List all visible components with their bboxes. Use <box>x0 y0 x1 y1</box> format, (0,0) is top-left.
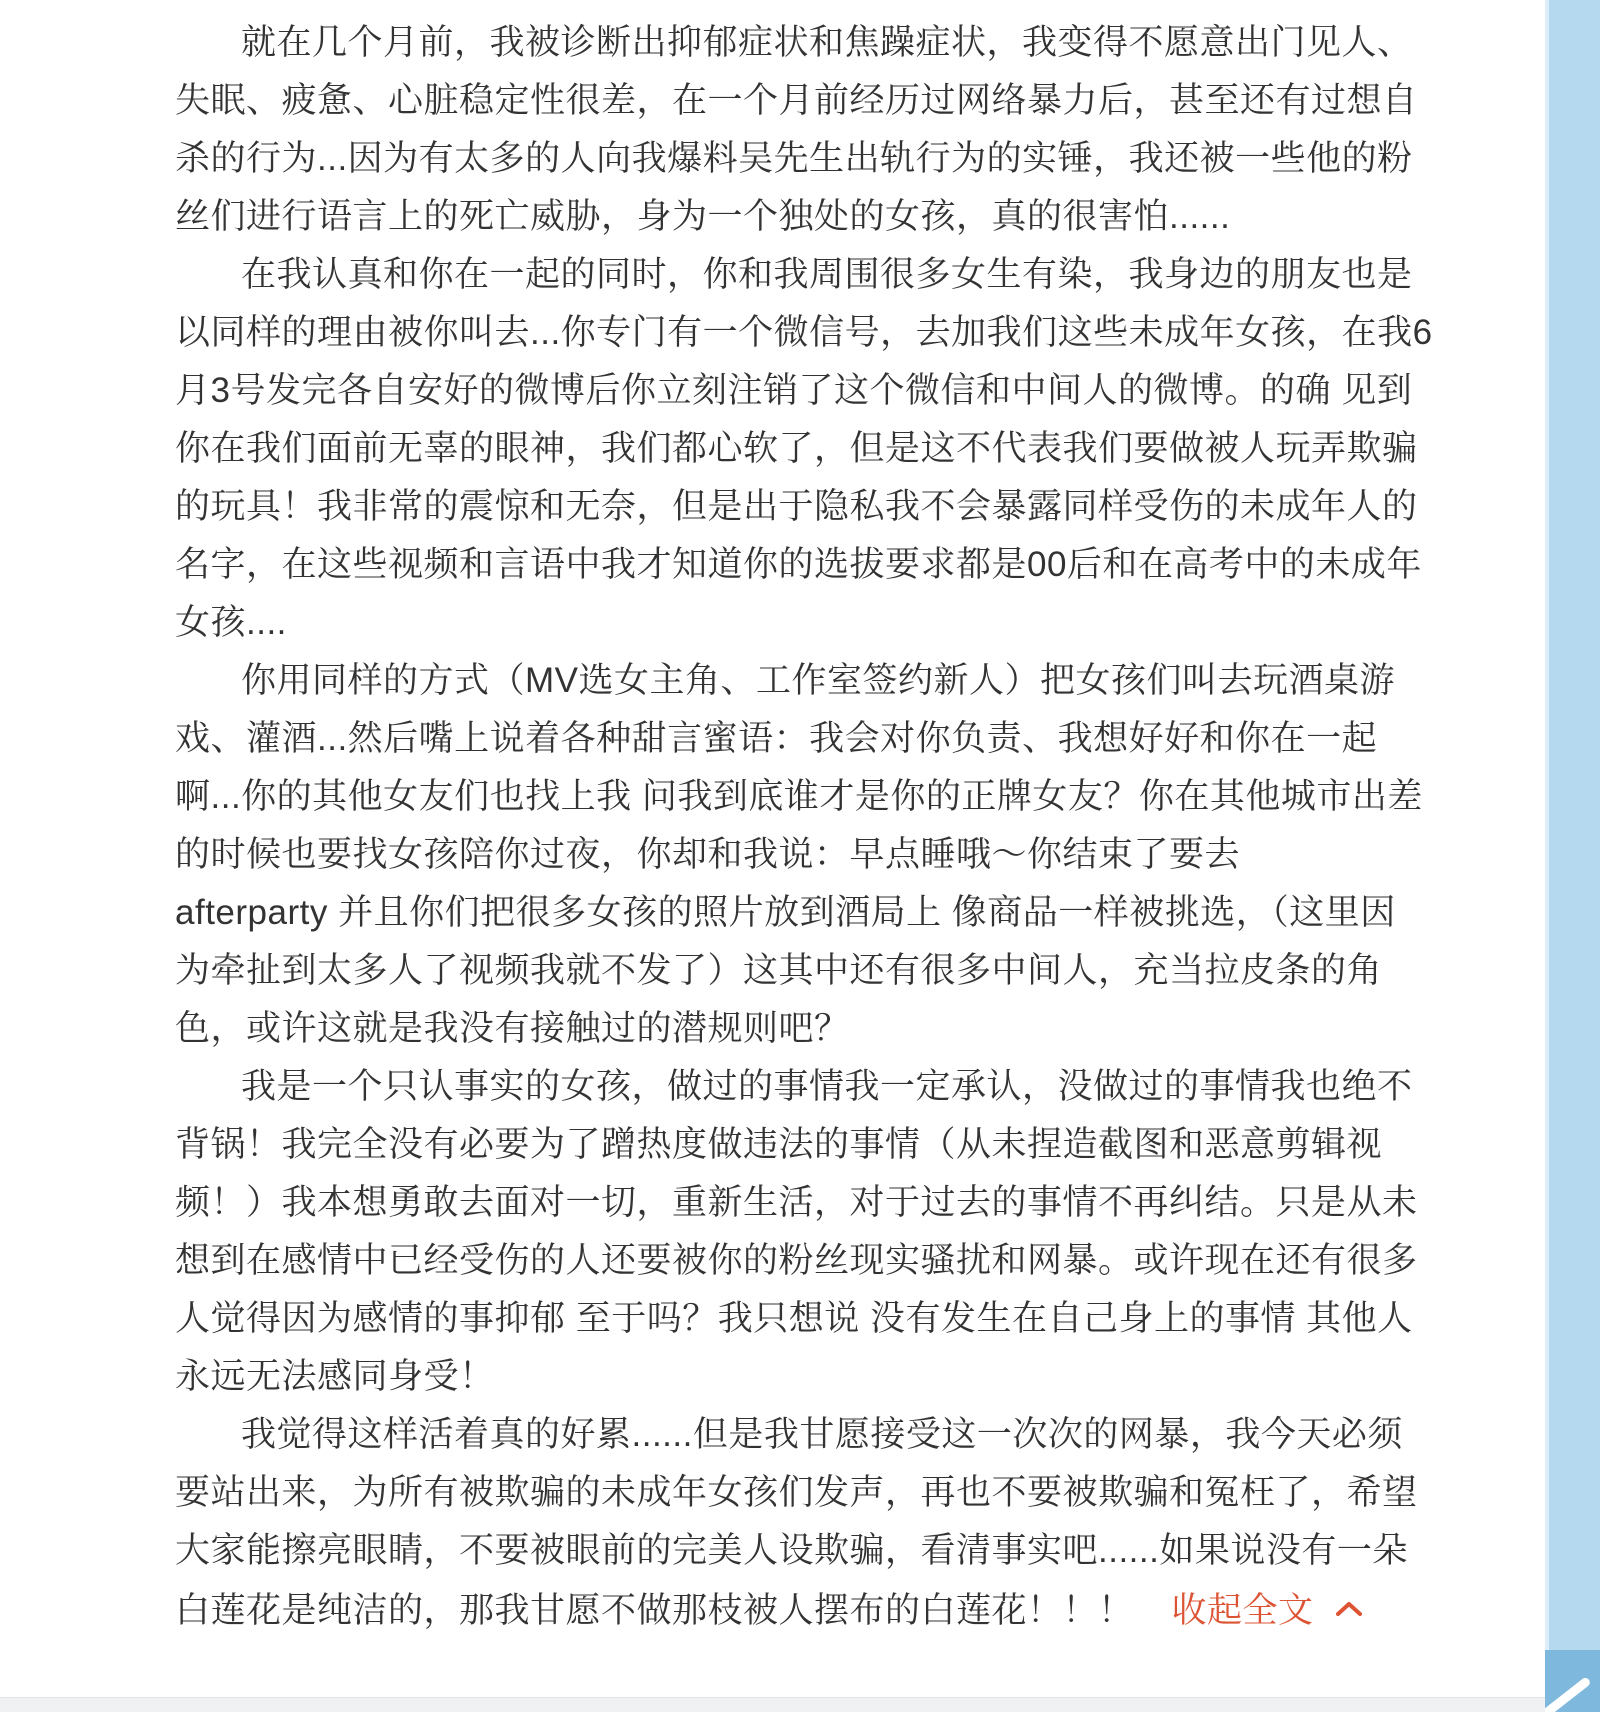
page-background-strip <box>1545 0 1600 1712</box>
text-line: 的玩具！我非常的震惊和无奈，但是出于隐私我不会暴露同样受伤的未成年人的 <box>0 478 1545 536</box>
text-line: 想到在感情中已经受伤的人还要被你的粉丝现实骚扰和网暴。或许现在还有很多 <box>0 1232 1545 1290</box>
text-line: 女孩.... <box>0 594 1545 652</box>
back-to-top-button[interactable] <box>1545 1650 1600 1712</box>
text-line: 就在几个月前，我被诊断出抑郁症状和焦躁症状，我变得不愿意出门见人、 <box>0 14 1545 72</box>
text-line: 背锅！我完全没有必要为了蹭热度做违法的事情（从未捏造截图和恶意剪辑视 <box>0 1116 1545 1174</box>
text-line: 我是一个只认事实的女孩，做过的事情我一定承认，没做过的事情我也绝不 <box>0 1058 1545 1116</box>
next-section-strip <box>0 1697 1545 1712</box>
text-line: 戏、灌酒...然后嘴上说着各种甜言蜜语：我会对你负责、我想好好和你在一起 <box>0 710 1545 768</box>
text-line: afterparty 并且你们把很多女孩的照片放到酒局上 像商品一样被挑选，（这… <box>0 884 1545 942</box>
post-body: 就在几个月前，我被诊断出抑郁症状和焦躁症状，我变得不愿意出门见人、失眠、疲惫、心… <box>0 0 1545 1638</box>
post-final-line: 白莲花是纯洁的，那我甘愿不做那枝被人摆布的白莲花！！！收起全文 <box>0 1580 1545 1638</box>
post-final-text: 白莲花是纯洁的，那我甘愿不做那枝被人摆布的白莲花！！！ <box>175 1591 1134 1630</box>
text-line: 我觉得这样活着真的好累......但是我甘愿接受这一次次的网暴，我今天必须 <box>0 1406 1545 1464</box>
text-line: 频！）我本想勇敢去面对一切，重新生活，对于过去的事情不再纠结。只是从未 <box>0 1174 1545 1232</box>
collapse-full-text-link[interactable]: 收起全文 <box>1172 1591 1314 1630</box>
text-line: 的时候也要找女孩陪你过夜，你却和我说：早点睡哦～你结束了要去 <box>0 826 1545 884</box>
text-line: 以同样的理由被你叫去...你专门有一个微信号，去加我们这些未成年女孩，在我6 <box>0 304 1545 362</box>
text-line: 你在我们面前无辜的眼神，我们都心软了，但是这不代表我们要做被人玩弄欺骗 <box>0 420 1545 478</box>
text-line: 为牵扯到太多人了视频我就不发了）这其中还有很多中间人，充当拉皮条的角 <box>0 942 1545 1000</box>
text-line: 丝们进行语言上的死亡威胁，身为一个独处的女孩，真的很害怕...... <box>0 188 1545 246</box>
text-line: 杀的行为...因为有太多的人向我爆料吴先生出轨行为的实锤，我还被一些他的粉 <box>0 130 1545 188</box>
text-line: 人觉得因为感情的事抑郁 至于吗？我只想说 没有发生在自己身上的事情 其他人 <box>0 1290 1545 1348</box>
text-line: 永远无法感同身受！ <box>0 1348 1545 1406</box>
chevron-up-icon[interactable] <box>1334 1580 1364 1638</box>
text-line: 色，或许这就是我没有接触过的潜规则吧？ <box>0 1000 1545 1058</box>
arrow-up-icon <box>1545 1676 1592 1712</box>
text-line: 在我认真和你在一起的同时，你和我周围很多女生有染，我身边的朋友也是 <box>0 246 1545 304</box>
text-line: 大家能擦亮眼睛，不要被眼前的完美人设欺骗，看清事实吧......如果说没有一朵 <box>0 1522 1545 1580</box>
text-line: 月3号发完各自安好的微博后你立刻注销了这个微信和中间人的微博。的确 见到 <box>0 362 1545 420</box>
text-line: 失眠、疲惫、心脏稳定性很差，在一个月前经历过网络暴力后，甚至还有过想自 <box>0 72 1545 130</box>
text-line: 你用同样的方式（MV选女主角、工作室签约新人）把女孩们叫去玩酒桌游 <box>0 652 1545 710</box>
post-paragraphs: 就在几个月前，我被诊断出抑郁症状和焦躁症状，我变得不愿意出门见人、失眠、疲惫、心… <box>0 14 1545 1580</box>
text-line: 名字，在这些视频和言语中我才知道你的选拔要求都是00后和在高考中的未成年 <box>0 536 1545 594</box>
text-line: 啊...你的其他女友们也找上我 问我到底谁才是你的正牌女友？你在其他城市出差 <box>0 768 1545 826</box>
text-line: 要站出来，为所有被欺骗的未成年女孩们发声，再也不要被欺骗和冤枉了，希望 <box>0 1464 1545 1522</box>
weibo-post-screen: 就在几个月前，我被诊断出抑郁症状和焦躁症状，我变得不愿意出门见人、失眠、疲惫、心… <box>0 0 1600 1712</box>
